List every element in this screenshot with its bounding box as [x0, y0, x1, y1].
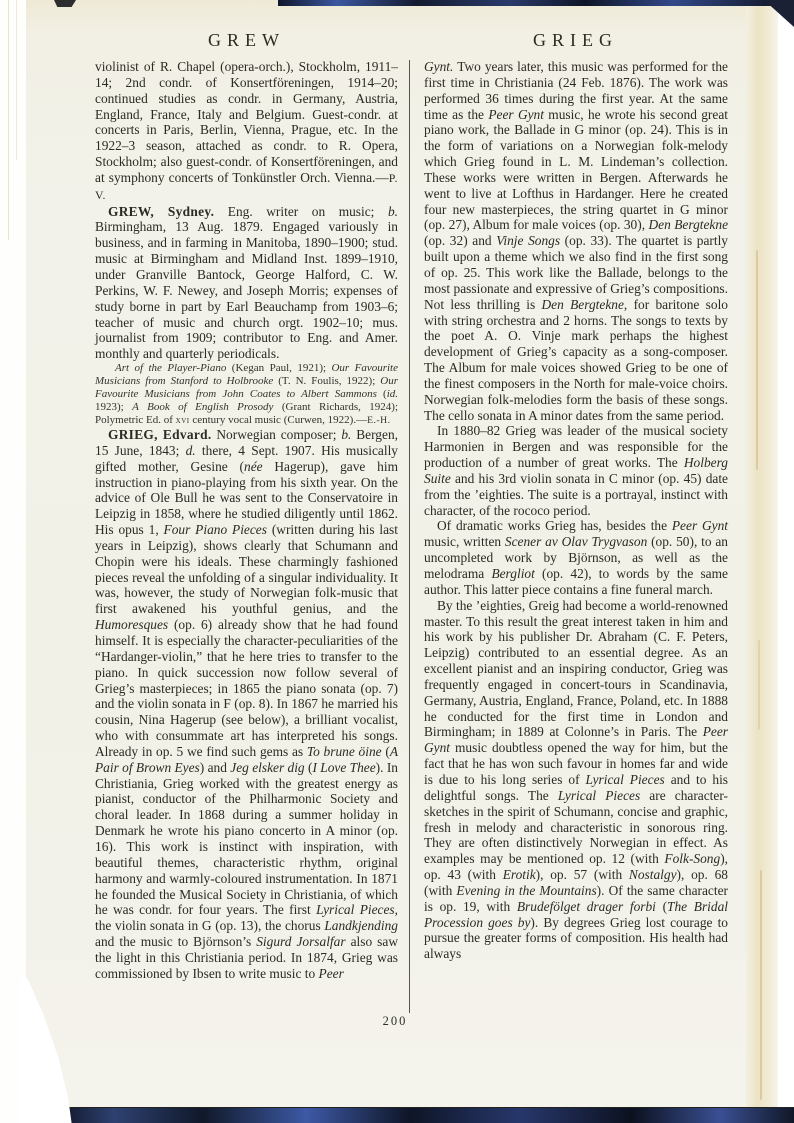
italic-text: Humoresques	[95, 617, 168, 632]
body-text: (T. N. Foulis, 1922);	[278, 375, 380, 387]
paragraph: Gynt. Two years later, this music was pe…	[424, 59, 728, 423]
body-text: 1923);	[95, 401, 132, 413]
body-text: ) and	[200, 760, 231, 775]
paragraph: In 1880–82 Grieg was leader of the music…	[424, 423, 728, 518]
italic-text: Scener av Olav Trygvason	[505, 534, 647, 549]
italic-text: b.	[341, 427, 351, 442]
body-text: Norwegian composer;	[212, 427, 342, 442]
italic-text: Lyrical Pieces	[586, 772, 665, 787]
italic-text: Lyrical Pieces	[316, 902, 395, 917]
body-text: xvi	[176, 415, 190, 426]
italic-text: Evening in the Mountains	[456, 883, 596, 898]
italic-text: Erotik	[503, 867, 536, 882]
italic-text: Den Bergtekne	[649, 217, 729, 232]
body-text: (	[382, 744, 390, 759]
book-cover-top-edge	[278, 0, 772, 6]
page-edge-crease	[760, 870, 762, 1100]
italic-text: Sigurd Jorsalfar	[256, 934, 345, 949]
body-text: century vocal music (Curwen, 1922).—	[190, 414, 367, 426]
italic-text: d.	[186, 443, 196, 458]
italic-text: Peer Gynt	[672, 518, 728, 533]
body-text: and the music to Björnson’s	[95, 934, 256, 949]
italic-text: née	[244, 459, 263, 474]
book-cover-bottom-edge	[55, 1108, 794, 1123]
paragraph: By the ’eighties, Greig had become a wor…	[424, 598, 728, 962]
italic-text: b.	[388, 204, 398, 219]
body-text: Of dramatic works Grieg has, besides the	[437, 518, 672, 533]
italic-text: Gynt.	[424, 59, 453, 74]
paragraph: violinist of R. Chapel (opera-orch.), St…	[95, 59, 398, 204]
italic-text: id.	[387, 388, 398, 400]
italic-text: Lyrical Pieces	[558, 788, 640, 803]
body-text: ), op. 57 (with	[536, 867, 629, 882]
running-head-left: GREW	[95, 30, 398, 51]
italic-text: Bergliot	[491, 566, 534, 581]
body-text: (Kegan Paul, 1921);	[232, 362, 332, 374]
paragraph: GREW, Sydney. Eng. writer on music; b. B…	[95, 204, 398, 362]
paragraph: GRIEG, Edvard. Norwegian composer; b. Be…	[95, 427, 398, 982]
right-text-column: Gynt. Two years later, this music was pe…	[424, 59, 728, 962]
italic-text: Vinje Songs	[496, 233, 560, 248]
body-text: (	[656, 899, 667, 914]
book-page-edges-right	[746, 4, 778, 1123]
body-text: (op. 32) and	[424, 233, 496, 248]
italic-text: I Love Thee	[312, 760, 375, 775]
running-head-right: GRIEG	[424, 30, 727, 51]
body-text: By the ’eighties, Greig had become a wor…	[424, 598, 728, 740]
italic-text: Art of the Player-Piano	[115, 362, 232, 374]
body-text: Eng. writer on music;	[214, 204, 388, 219]
italic-text: To brune öine	[307, 744, 382, 759]
entry-headword: GRIEG, Edvard.	[108, 427, 212, 442]
entry-headword: GREW, Sydney.	[108, 204, 214, 219]
italic-text: Peer Gynt	[488, 107, 544, 122]
page-number: 200	[80, 1014, 710, 1029]
body-text: (op. 6) already show that he had found h…	[95, 617, 398, 759]
body-text: , for baritone solo with string orchestr…	[424, 297, 728, 423]
scan-left-margin	[0, 0, 26, 1123]
page-edge-crease	[758, 640, 760, 730]
italic-text: Folk-Song	[664, 851, 720, 866]
body-text: violinist of R. Chapel (opera-orch.), St…	[95, 59, 398, 185]
italic-text: Jeg elsker dig	[230, 760, 304, 775]
italic-text: Landkjending	[324, 918, 398, 933]
italic-text: Peer	[319, 966, 344, 981]
paragraph: Of dramatic works Grieg has, besides the…	[424, 518, 728, 597]
column-divider-rule	[409, 60, 410, 1013]
body-text: E.-H.	[367, 415, 390, 426]
italic-text: Nostalgy	[629, 867, 677, 882]
body-text: and his 3rd violin sonata in C minor (op…	[424, 471, 728, 518]
body-text: In 1880–82 Grieg was leader of the music…	[424, 423, 728, 470]
italic-text: Den Bergtekne	[542, 297, 624, 312]
page-edge-crease	[756, 250, 758, 470]
body-text: Birmingham, 13 Aug. 1879. Engaged variou…	[95, 219, 398, 361]
paragraph: Art of the Player-Piano (Kegan Paul, 192…	[95, 362, 398, 427]
italic-text: Four Piano Pieces	[164, 522, 267, 537]
body-text: music, written	[424, 534, 505, 549]
body-text: ). In Christiania, Grieg worked with the…	[95, 760, 398, 918]
body-text: music, he wrote his second great piano w…	[424, 107, 728, 233]
italic-text: Brudefölget drager forbi	[517, 899, 656, 914]
left-text-column: violinist of R. Chapel (opera-orch.), St…	[95, 59, 398, 982]
italic-text: A Book of English Prosody	[132, 401, 282, 413]
